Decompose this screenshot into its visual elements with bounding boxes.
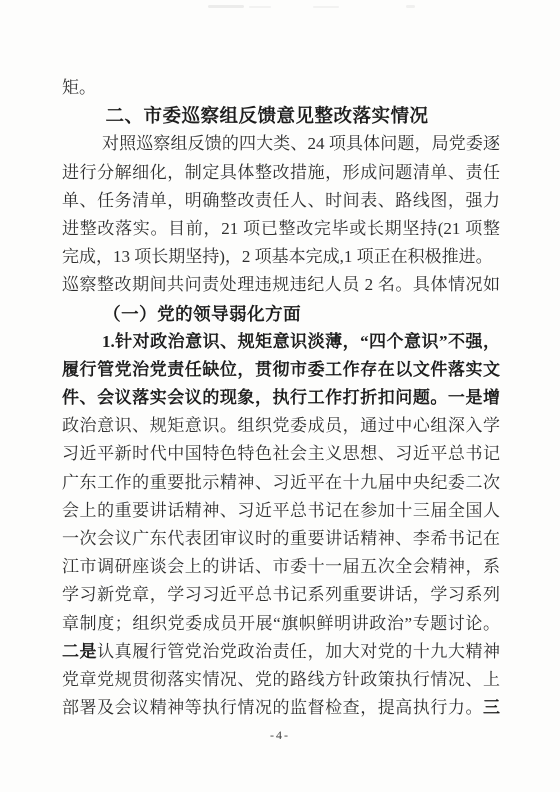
text-line: 习近平新时代中国特色特色社会主义思想、习近平总书记对 [62,440,500,468]
text-segment: 履行管党治党责任缺位，贯彻市委工作存在以文件落实文 [62,360,500,379]
text-segment: （一）党的领导弱化方面 [103,304,301,324]
text-line: 履行管党治党责任缺位，贯彻市委工作存在以文件落实文 [62,356,500,384]
text-segment: 部署及会议精神等执行情况的监督检查，提高执行力。 [62,698,483,717]
text-segment: 进行分解细化，制定具体整改措施，形成问题清单、责任清 [62,163,500,187]
text-segment: 二、市委巡察组反馈意见整改落实情况 [105,105,428,126]
text-segment: 一次会议广东代表团审议时的重要讲话精神、李希书记在湛 [62,529,500,553]
text-segment: 认真履行管党治党政治责任，加大对党的十九大精神和 [62,642,500,666]
text-line: 1.针对政治意识、规矩意识淡薄，“四个意识”不强， [62,328,500,356]
text-segment: 单、任务清单，明确整改责任人、时间表、路线图，强力推 [62,191,500,215]
text-segment: 会上的重要讲话精神、习近平总书记在参加十三届全国人大 [62,501,500,525]
text-segment: 习近平新时代中国特色特色社会主义思想、习近平总书记对 [62,444,500,468]
text-segment: 党章党规贯彻落实情况、党的路线方针政策执行情况、上级 [62,670,500,694]
scan-artifact [406,5,415,8]
text-line: 章制度；组织党委成员开展“旗帜鲜明讲政治”专题讨论。 [62,610,500,638]
section-heading: 二、市委巡察组反馈意见整改落实情况 [62,102,500,130]
scan-artifact [208,5,244,8]
text-line: 件、会议落实会议的现象，执行工作打折扣问题。一是增强 [62,384,500,412]
document-body: 矩。二、市委巡察组反馈意见整改落实情况对照巡察组反馈的四大类、24 项具体问题，… [62,74,500,722]
text-segment: 江市调研座谈会上的讲话、市委十一届五次全会精神，系统 [62,557,500,581]
text-line: 一次会议广东代表团审议时的重要讲话精神、李希书记在湛 [62,525,500,553]
subsection-heading: （一）党的领导弱化方面 [62,300,500,328]
text-line: 单、任务清单，明确整改责任人、时间表、路线图，强力推 [62,187,500,215]
text-line: 会上的重要讲话精神、习近平总书记在参加十三届全国人大 [62,497,500,525]
scan-artifact [249,6,271,8]
text-line: 完成，13 项长期坚持)，2 项基本完成,1 项正在积极推进。 [62,243,500,271]
text-line: 江市调研座谈会上的讲话、市委十一届五次全会精神，系统 [62,553,500,581]
text-line: 二是认真履行管党治党政治责任，加大对党的十九大精神和 [62,638,500,666]
text-line: 对照巡察组反馈的四大类、24 项具体问题，局党委逐条 [62,130,500,158]
text-line: 政治意识、规矩意识。组织党委成员，通过中心组深入学习 [62,412,500,440]
text-segment: 完成，13 项长期坚持)，2 项基本完成,1 项正在积极推进。 [62,247,493,266]
text-line: 党章党规贯彻落实情况、党的路线方针政策执行情况、上级 [62,666,500,694]
text-line: 学习新党章，学习习近平总书记系列重要讲话，学习系列规 [62,581,500,609]
text-segment: 政治意识、规矩意识。组织党委成员，通过中心组深入学习 [62,416,500,440]
text-segment: 件、会议落实会议的现象，执行工作打折扣问题。 [62,388,448,407]
text-segment: 学习新党章，学习习近平总书记系列重要讲话，学习系列规 [62,585,500,609]
text-line: 进整改落实。目前，21 项已整改完毕或长期坚持(21 项整改 [62,215,500,243]
text-segment: 广东工作的重要批示精神、习近平在十九届中央纪委二次全 [62,473,500,497]
scan-artifact [313,6,339,8]
text-segment: 对照巡察组反馈的四大类、24 项具体问题，局党委逐条 [62,134,500,158]
text-line: 进行分解细化，制定具体整改措施，形成问题清单、责任清 [62,159,500,187]
text-segment: 矩。 [62,78,96,97]
text-segment: 1.针对政治意识、规矩意识淡薄，“四个意识”不强， [102,332,500,351]
text-line: 矩。 [62,74,500,102]
text-segment: 章制度；组织党委成员开展“旗帜鲜明讲政治”专题讨论。 [62,614,500,633]
text-line: 部署及会议精神等执行情况的监督检查，提高执行力。三是 [62,694,500,722]
text-segment: 进整改落实。目前，21 项已整改完毕或长期坚持(21 项整改 [62,219,500,243]
page-number: -4- [0,728,560,743]
text-line: 广东工作的重要批示精神、习近平在十九届中央纪委二次全 [62,469,500,497]
text-line: 巡察整改期间共问责处理违规违纪人员 2 名。具体情况如下： [62,271,500,299]
text-segment: 二是 [62,642,97,661]
text-segment: 巡察整改期间共问责处理违规违纪人员 2 名。具体情况如下： [62,275,500,299]
